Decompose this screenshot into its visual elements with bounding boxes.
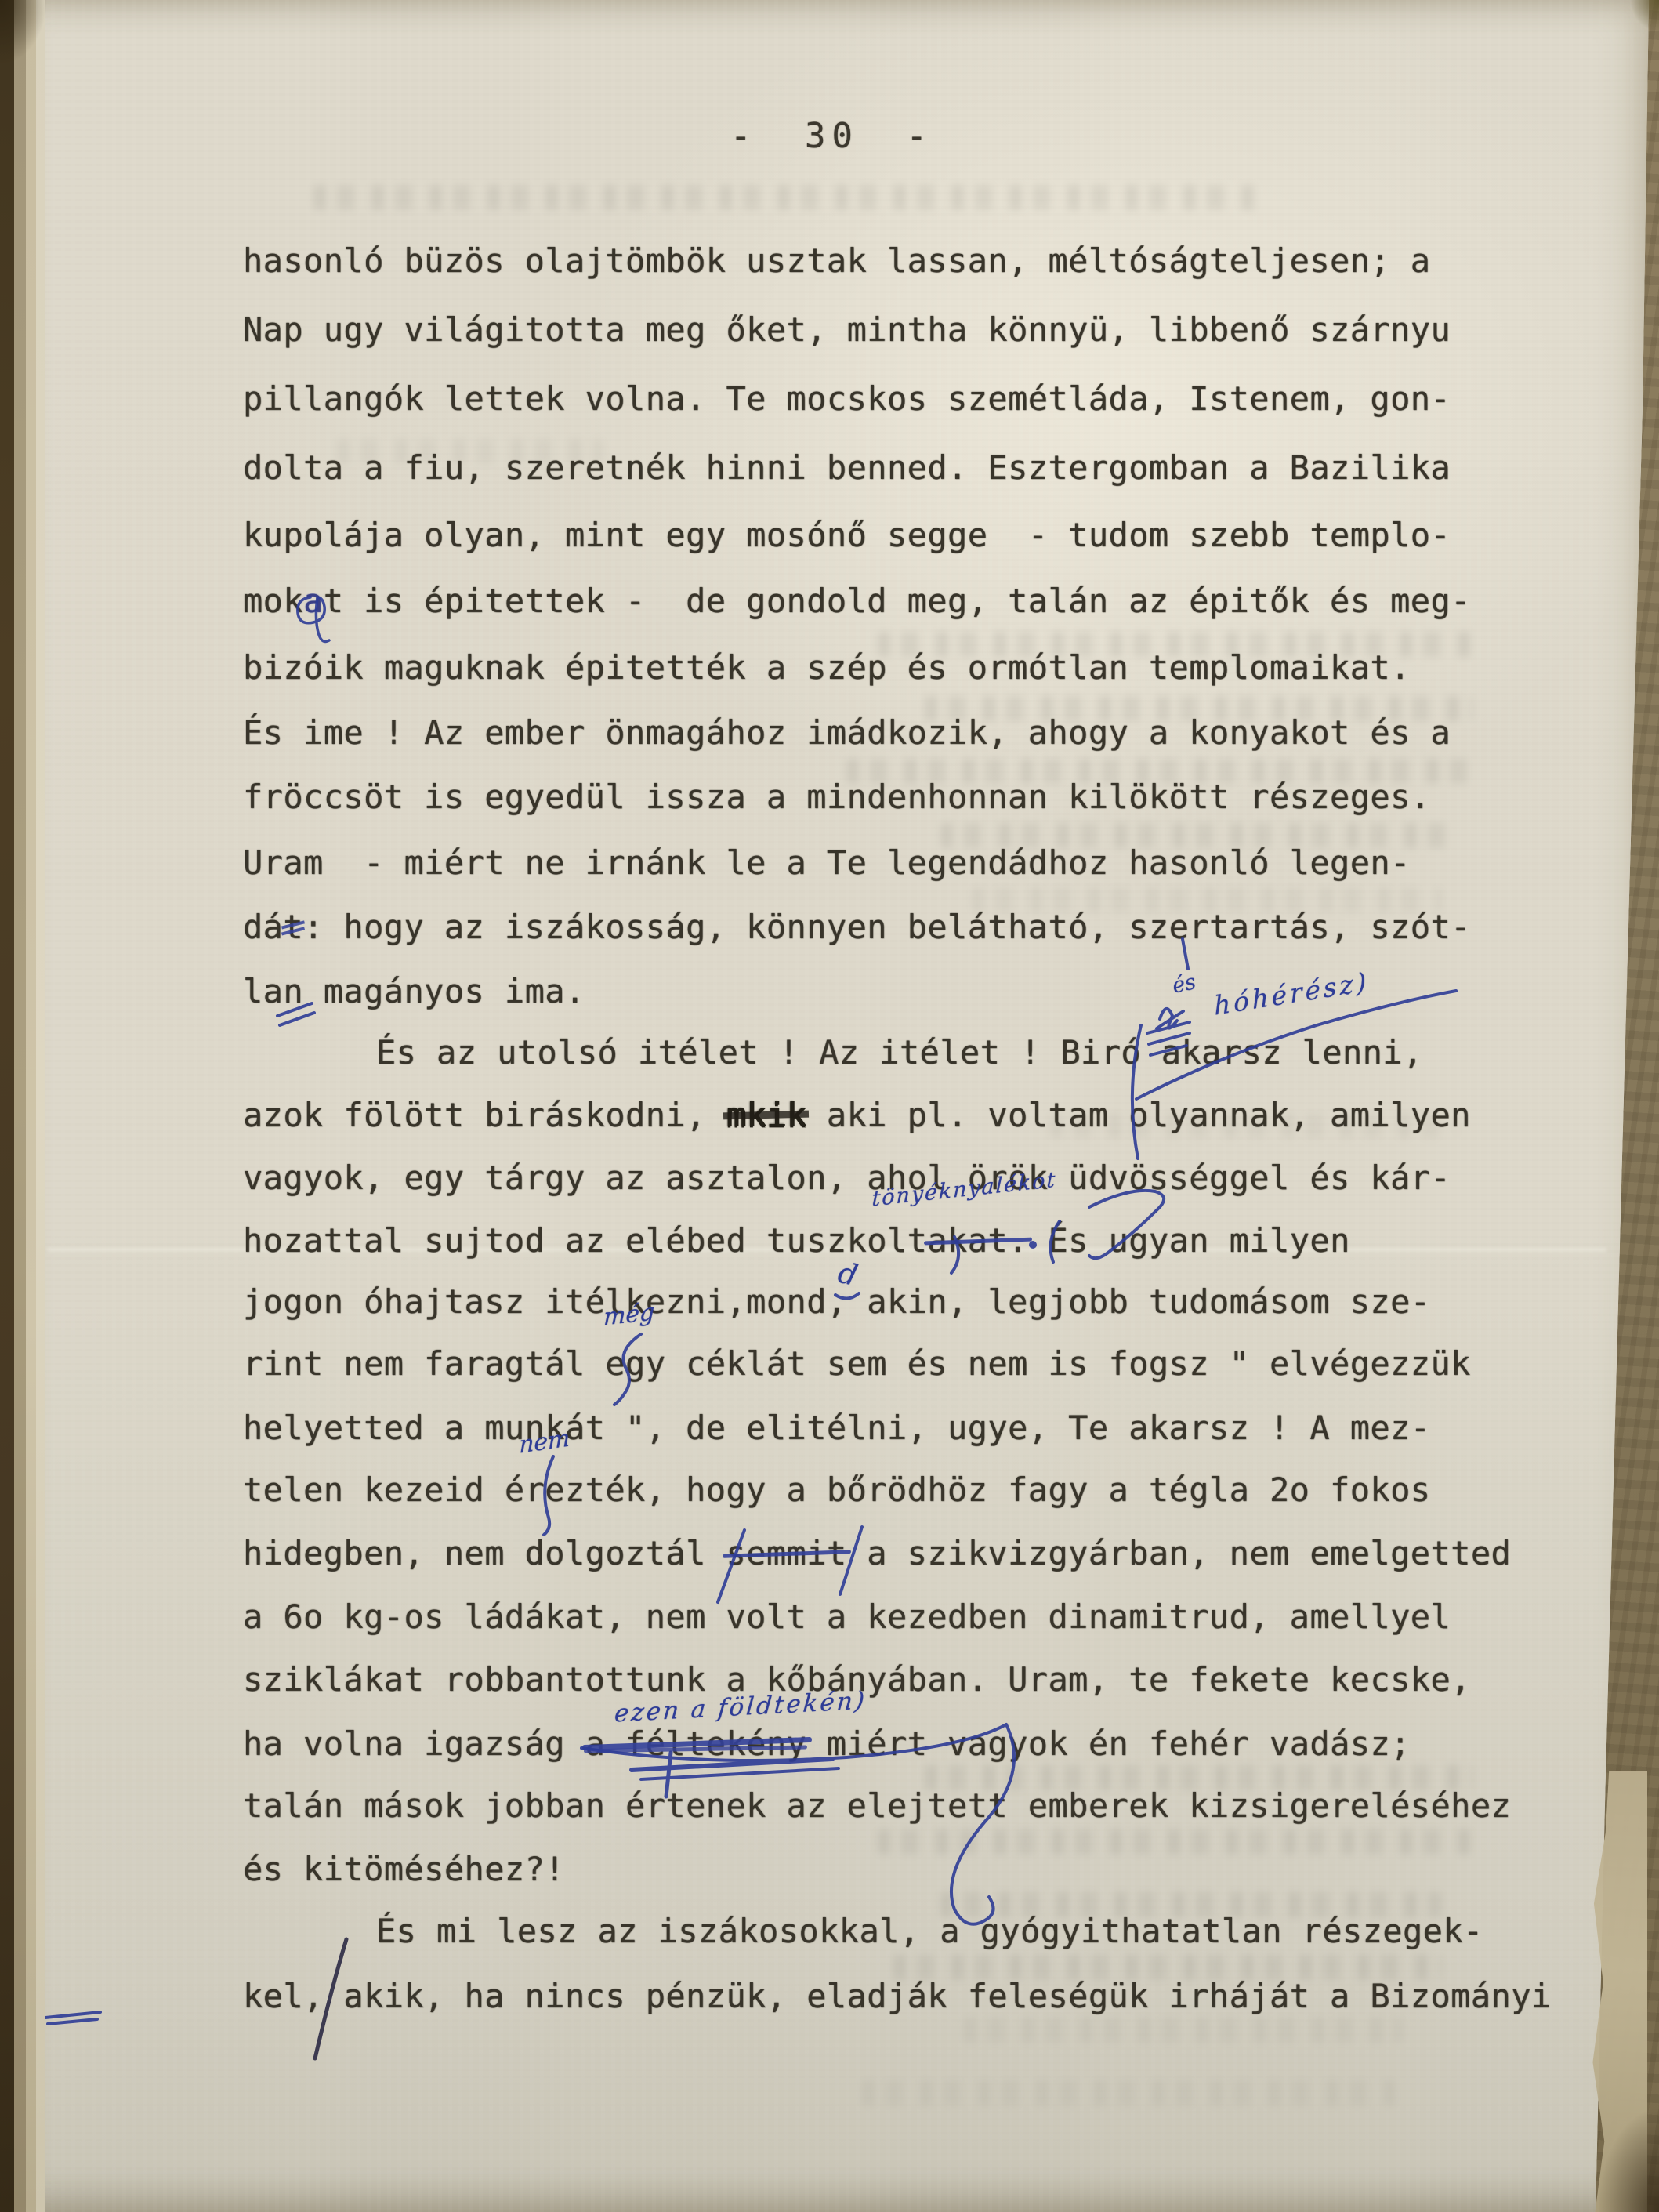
typed-line-17: jogon óhajtasz itélkezni,mond, akin, leg… xyxy=(243,1285,1430,1318)
typed-line-4: dolta a fiu, szeretnék hinni benned. Esz… xyxy=(243,451,1451,484)
handwritten-insertion-meg: még xyxy=(603,1298,655,1331)
typed-line-25: talán mások jobban értenek az elejtett e… xyxy=(243,1790,1511,1822)
page-stack-edge xyxy=(26,0,36,2212)
typed-line-24: ha volna igazság a féltekény miért vagyo… xyxy=(243,1728,1411,1761)
dark-corner-top-right xyxy=(1628,0,1659,41)
ink-strike xyxy=(641,1768,839,1779)
page-number: - 30 - xyxy=(730,116,933,156)
typed-line-20: telen kezeid érezték, hogy a bőrödhöz fa… xyxy=(243,1474,1430,1507)
typed-line-26: és kitöméséhez?! xyxy=(243,1853,565,1886)
handwritten-insertion-hoheresz: hóhérész) xyxy=(1213,966,1370,1021)
typed-line-10: Uram - miért ne irnánk le a Te legendádh… xyxy=(243,847,1411,879)
typed-line-12: lan magányos ima. xyxy=(243,975,585,1008)
typed-line-13: És az utolsó itélet ! Az itélet ! Biró a… xyxy=(376,1036,1423,1069)
typed-line-18: rint nem faragtál egy céklát sem és nem … xyxy=(243,1347,1471,1380)
typed-line-21: hidegben, nem dolgoztál semmit a szikviz… xyxy=(243,1537,1511,1570)
scanned-manuscript-photo: - 30 - hasonló büzös olajtömbök usztak l… xyxy=(0,0,1659,2212)
typed-line-2: Nap ugy világitotta meg őket, mintha kön… xyxy=(243,314,1451,346)
page-stack-edge xyxy=(14,0,26,2212)
typed-line-16: hozattal sujtod az elébed tuszkoltakat. … xyxy=(243,1224,1350,1257)
typed-line-5: kupolája olyan, mint egy mosónő segge - … xyxy=(243,519,1451,552)
typed-line-6: mokat is épitettek - de gondold meg, tal… xyxy=(243,585,1471,618)
bleedthrough-line xyxy=(862,2080,1395,2105)
typed-line-7: bizóik maguknak épitették a szép és ormó… xyxy=(243,651,1411,684)
typed-line-11: dát: hogy az iszákosság, könnyen belátha… xyxy=(243,911,1471,944)
typed-line-28: kel, akik, ha nincs pénzük, eladják fele… xyxy=(243,1980,1552,2013)
bleedthrough-line xyxy=(878,1829,1473,1855)
typed-line-14: azok fölött biráskodni, mkik aki pl. vol… xyxy=(243,1099,1471,1132)
handwritten-insertion-nem: nem xyxy=(519,1424,570,1459)
bleedthrough-line xyxy=(964,2018,1403,2043)
dark-corner-bottom-right xyxy=(1591,2069,1659,2212)
typed-line-15: vagyok, egy tárgy az asztalon, ahol örök… xyxy=(243,1162,1451,1195)
manuscript-page: - 30 - hasonló büzös olajtömbök usztak l… xyxy=(0,0,1659,2212)
handwritten-insertion-es: és xyxy=(1170,970,1198,999)
typed-line-27: És mi lesz az iszákosokkal, a gyógyithat… xyxy=(376,1915,1483,1948)
typed-line-3: pillangók lettek volna. Te mocskos szemé… xyxy=(243,383,1451,415)
background-strip xyxy=(0,0,14,2212)
bleedthrough-line xyxy=(313,185,1262,210)
page-stack-edge xyxy=(36,0,45,2212)
typed-line-22: a 6o kg-os ládákat, nem volt a kezedben … xyxy=(243,1601,1451,1634)
dark-corner-top-left xyxy=(0,0,55,86)
ink-margin-dash xyxy=(45,2012,100,2024)
typed-line-9: fröccsöt is egyedül issza a mindenhonnan… xyxy=(243,781,1430,814)
typed-line-8: És ime ! Az ember önmagához imádkozik, a… xyxy=(243,716,1451,749)
typed-line-19: helyetted a munkát ", de elitélni, ugye,… xyxy=(243,1412,1430,1445)
typed-line-1: hasonló büzös olajtömbök usztak lassan, … xyxy=(243,245,1430,277)
